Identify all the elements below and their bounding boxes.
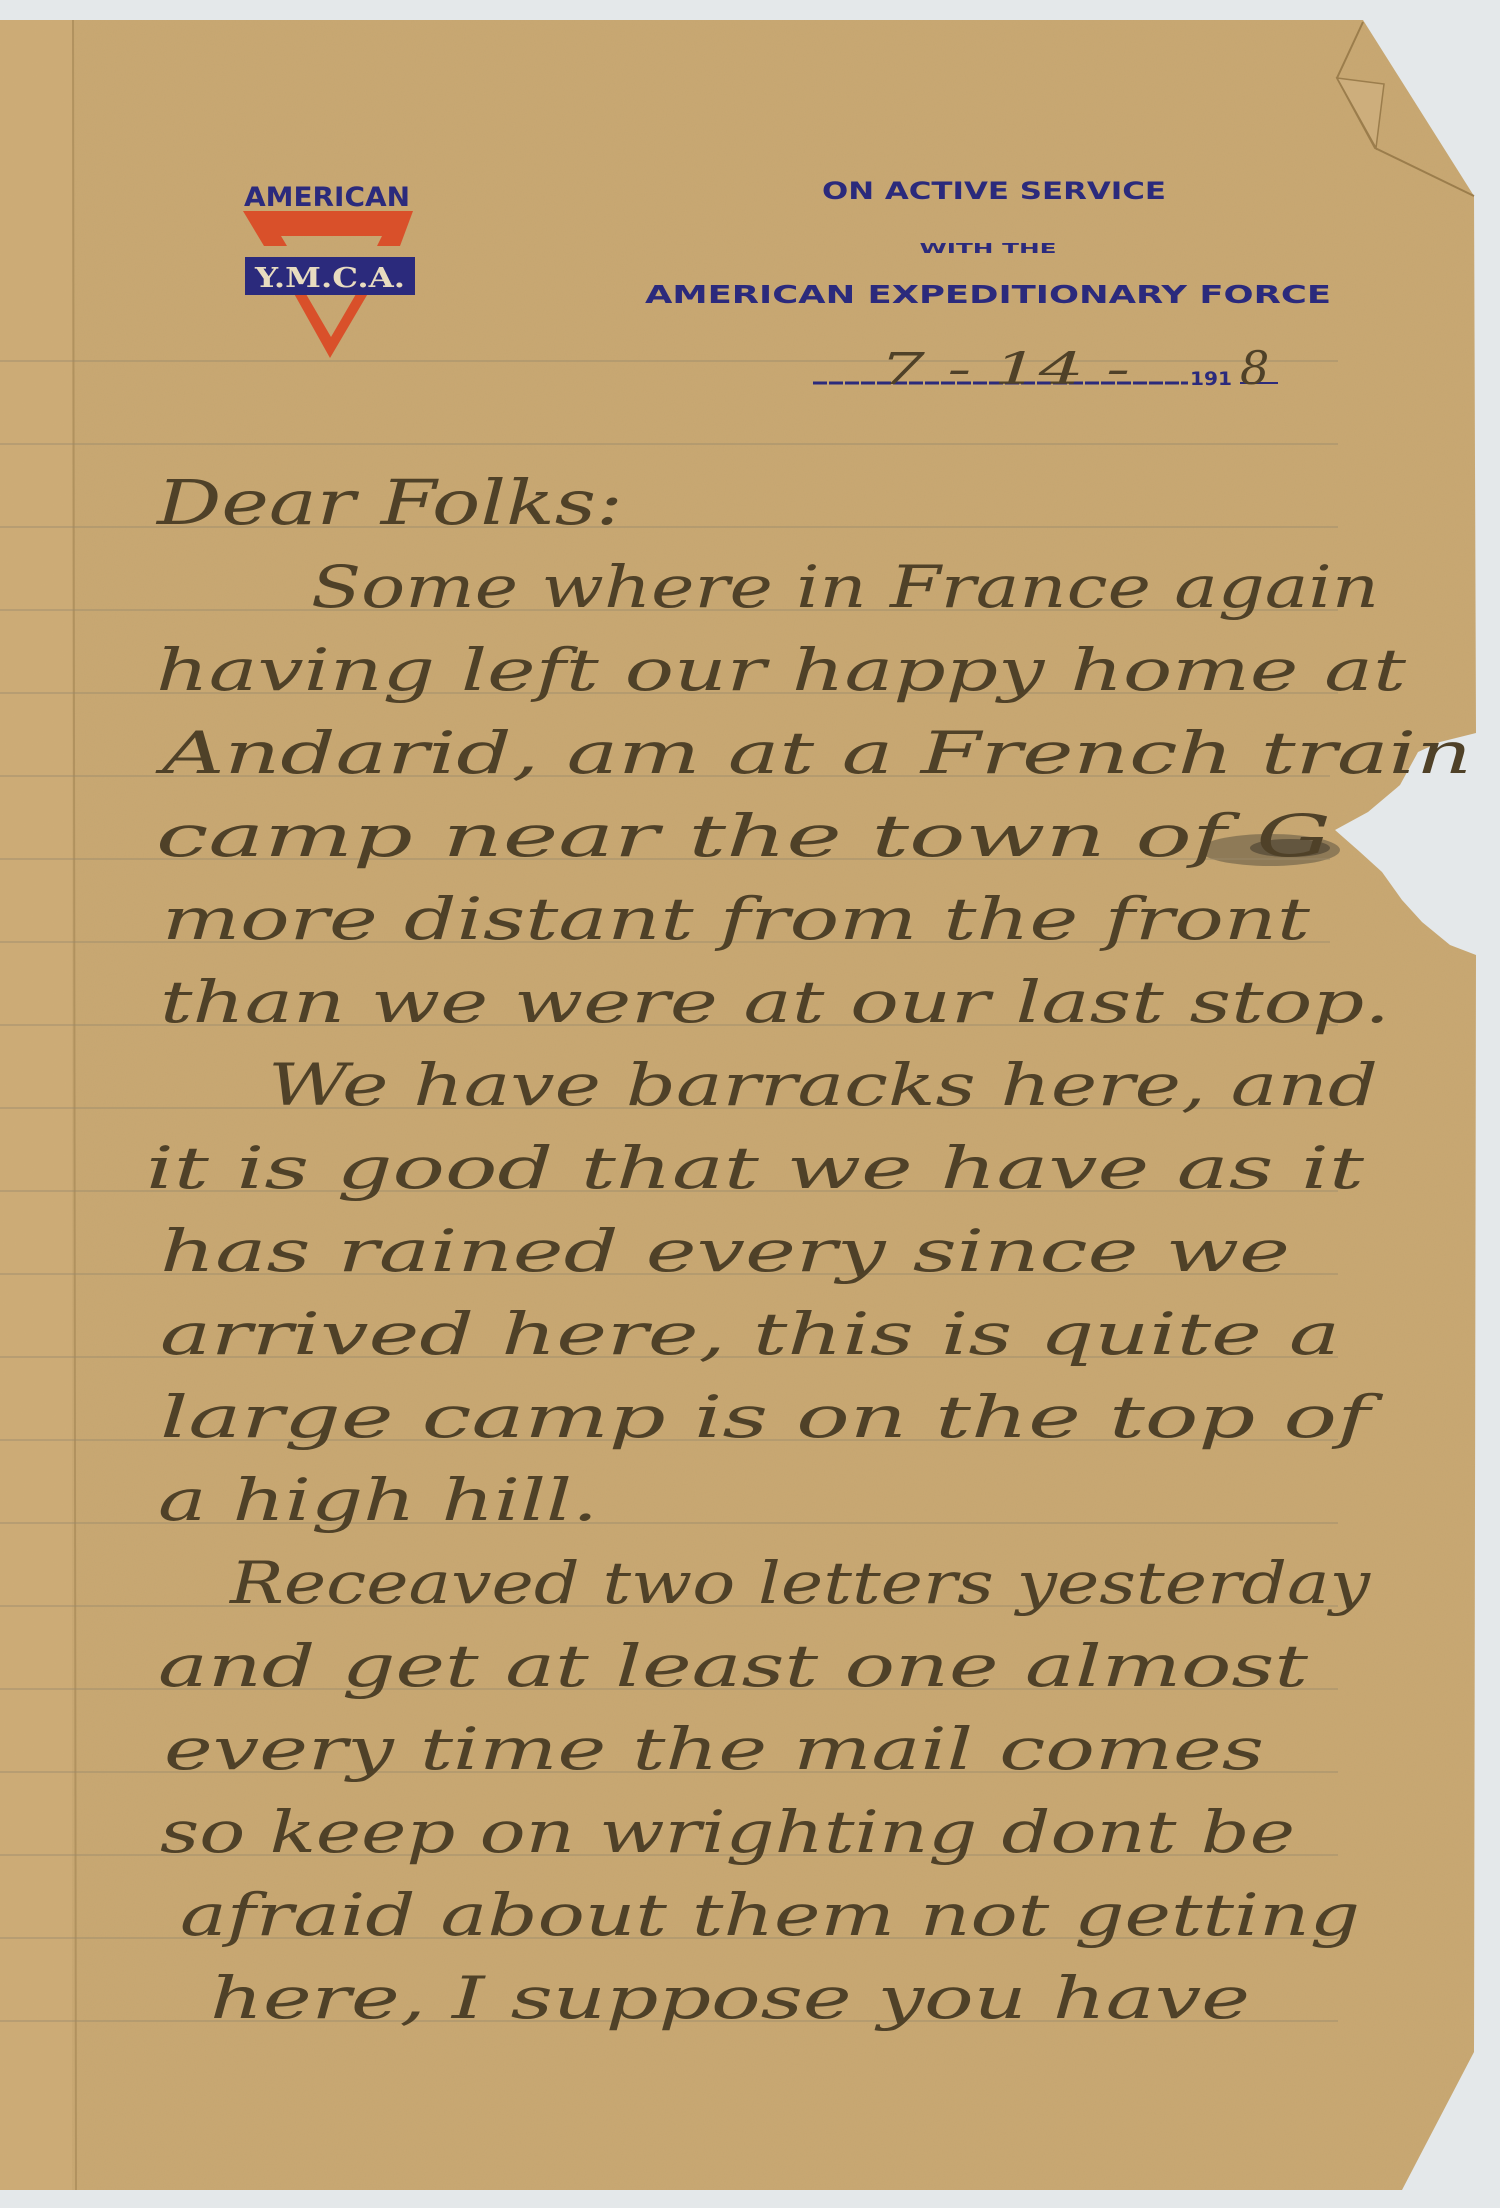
date-handwritten: 7 - 14 - <box>880 344 1130 395</box>
letter-scan: AMERICAN Y.M.C.A. ON ACTIVE SERVICE WITH… <box>0 0 1500 2208</box>
letter-line: a high hill. <box>158 1466 598 1534</box>
salutation: Dear Folks: <box>156 466 623 539</box>
logo-ymca-text: Y.M.C.A. <box>254 263 405 294</box>
letter-line: Receaved two letters yesterday <box>229 1549 1372 1617</box>
letter-line: has rained every since we <box>160 1217 1290 1285</box>
letter-line: having left our happy home at <box>156 636 1407 704</box>
date-printed-prefix: 191 <box>1190 368 1232 390</box>
letter-line: camp near the town of G <box>156 802 1331 870</box>
left-flap <box>0 20 72 2190</box>
letter-line: every time the mail comes <box>164 1715 1264 1783</box>
letter-body: Dear Folks:Some where in France againhav… <box>146 466 1472 2032</box>
service-line-3: AMERICAN EXPEDITIONARY FORCE <box>645 280 1331 309</box>
letter-line: Andarid, am at a French train <box>155 719 1472 787</box>
letter-line: more distant from the front <box>162 885 1311 953</box>
letter-line: afraid about them not getting <box>180 1881 1360 1949</box>
letter-line: arrived here, this is quite a <box>160 1300 1340 1368</box>
letter-line: and get at least one almost <box>158 1632 1309 1700</box>
letter-line: large camp is on the top of <box>160 1383 1385 1451</box>
logo-american-text: AMERICAN <box>244 182 410 213</box>
letter-line: We have barracks here, and <box>268 1051 1378 1119</box>
service-line-2: WITH THE <box>920 242 1057 257</box>
letter-line: so keep on wrighting dont be <box>160 1798 1295 1866</box>
letter-line: Some where in France again <box>311 553 1379 621</box>
service-line-1: ON ACTIVE SERVICE <box>822 177 1166 205</box>
date-handwritten-suffix: 8 <box>1240 341 1269 395</box>
letter-line: it is good that we have as it <box>146 1134 1365 1202</box>
letter-line: than we were at our last stop. <box>160 968 1390 1036</box>
letter-line: here, I suppose you have <box>210 1964 1250 2032</box>
